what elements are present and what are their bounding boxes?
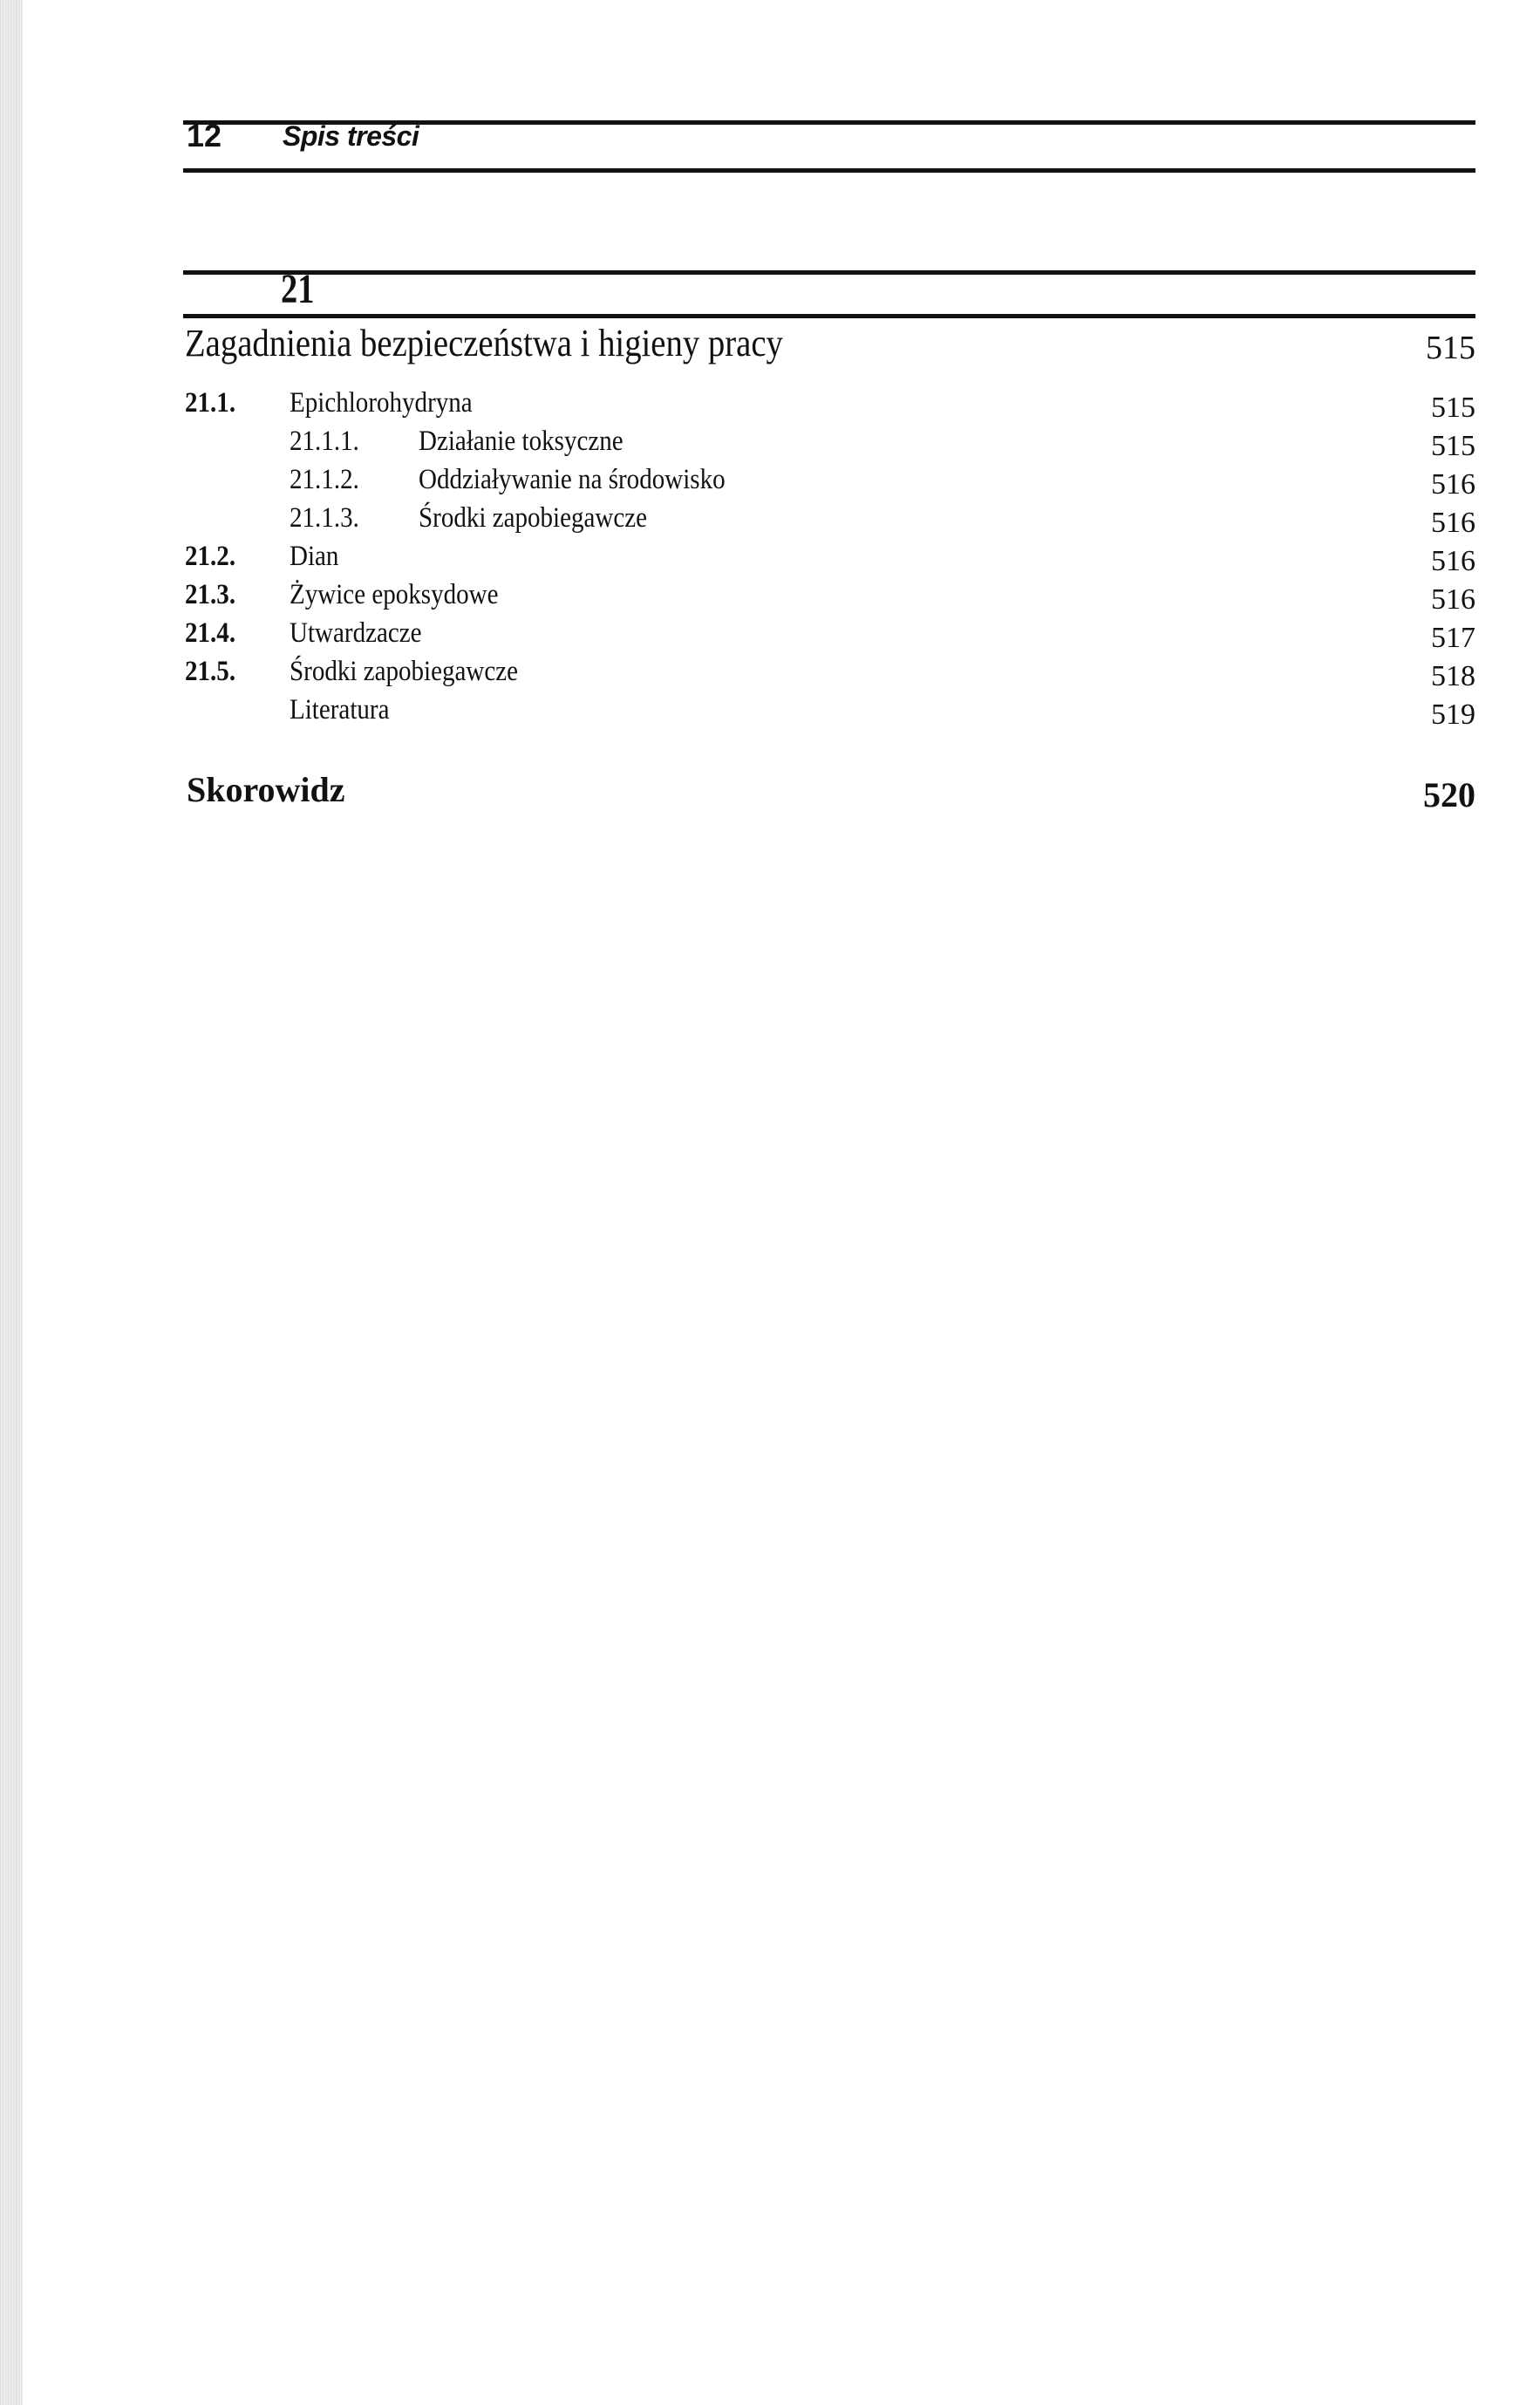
chapter-page: 515 [1426, 331, 1475, 364]
index-title[interactable]: Skorowidz [187, 773, 345, 807]
entry-title: Oddziaływanie na środowisko [419, 460, 726, 499]
running-title: Spis treści [283, 122, 419, 150]
entry-title: Działanie toksyczne [419, 422, 623, 460]
toc-entry[interactable]: 21.2. Dian 516 [0, 537, 1540, 576]
entry-number: 21.4. [185, 614, 235, 652]
chapter-rule-top [183, 270, 1475, 275]
entry-title: Dian [290, 537, 338, 576]
toc-entry[interactable]: Literatura 519 [0, 691, 1540, 729]
toc-entry[interactable]: 21.1.1. Działanie toksyczne 515 [0, 422, 1540, 460]
scan-edge-artifact [0, 0, 23, 2405]
toc-entry[interactable]: 21.1.2. Oddziaływanie na środowisko 516 [0, 460, 1540, 499]
entry-number: 21.1.3. [290, 499, 359, 537]
entry-title: Literatura [290, 691, 389, 729]
index-page: 520 [1423, 778, 1475, 813]
entry-title: Epichlorohydryna [290, 384, 473, 422]
toc-entry[interactable]: 21.4. Utwardzacze 517 [0, 614, 1540, 652]
entry-title: Żywice epoksydowe [290, 576, 499, 614]
header-rule-bottom [183, 168, 1475, 173]
toc-entry[interactable]: 21.1.3. Środki zapobiegawcze 516 [0, 499, 1540, 537]
toc-entry[interactable]: 21.5. Środki zapobiegawcze 518 [0, 652, 1540, 691]
chapter-number: 21 [281, 269, 314, 310]
toc-entry[interactable]: 21.1. Epichlorohydryna 515 [0, 384, 1540, 422]
toc-entry[interactable]: 21.3. Żywice epoksydowe 516 [0, 576, 1540, 614]
entry-title: Środki zapobiegawcze [419, 499, 647, 537]
entry-number: 21.3. [185, 576, 235, 614]
entry-number: 21.5. [185, 652, 235, 691]
entry-title: Środki zapobiegawcze [290, 652, 518, 691]
chapter-title: Zagadnienia bezpieczeństwa i higieny pra… [185, 324, 783, 363]
entry-number: 21.2. [185, 537, 235, 576]
entry-number: 21.1. [185, 384, 235, 422]
entry-number: 21.1.1. [290, 422, 359, 460]
chapter-rule-bottom [183, 314, 1475, 318]
entry-title: Utwardzacze [290, 614, 422, 652]
entry-page: 519 [1431, 696, 1475, 734]
page-number: 12 [187, 120, 221, 152]
entry-number: 21.1.2. [290, 460, 359, 499]
